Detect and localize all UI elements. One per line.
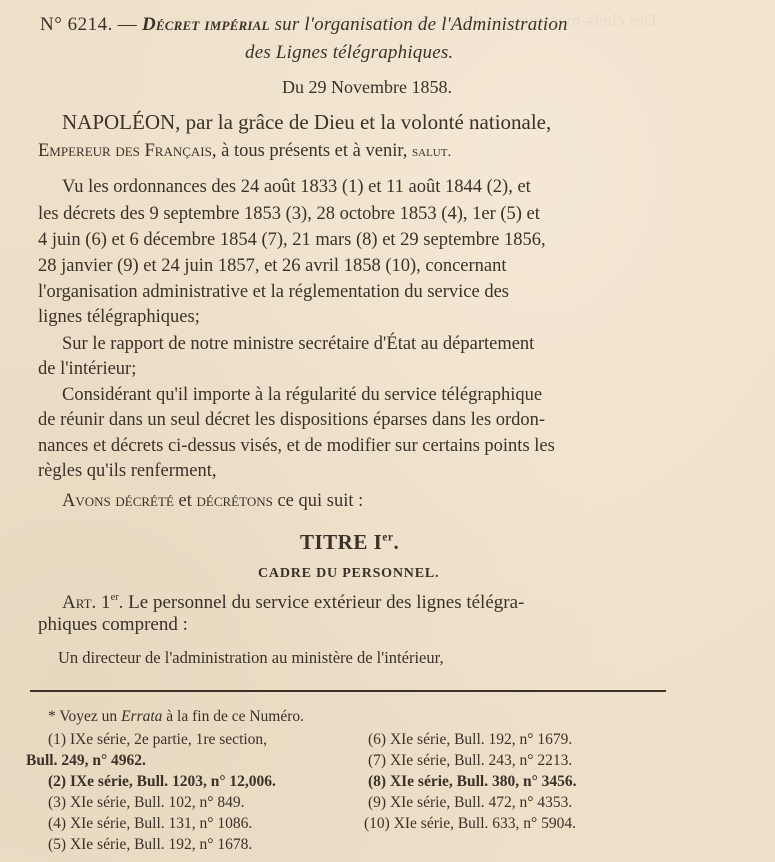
heading-dash: — <box>118 14 137 35</box>
decrete: décrété <box>115 491 174 511</box>
napoleon-name: NAPOLÉON, <box>62 110 180 134</box>
body-line: règles qu'ils renferment, <box>38 461 217 482</box>
decree-number: N° 6214. <box>40 14 113 35</box>
footnote-7: (7) XIe série, Bull. 243, n° 2213. <box>368 752 572 770</box>
titre-sup: er <box>382 531 393 543</box>
decree-date: Du 29 Novembre 1858. <box>282 77 452 98</box>
errata-italic: Errata <box>121 708 162 725</box>
body-line: Considérant qu'il importe à la régularit… <box>62 385 542 406</box>
article-label: Art. 1 <box>62 592 111 613</box>
footnote-9: (9) XIe série, Bull. 472, n° 4353. <box>368 794 572 812</box>
errata-post: à la fin de ce Numéro. <box>166 708 304 725</box>
emperor-text: à tous présents et à venir, <box>221 141 407 161</box>
body-line: 28 janvier (9) et 24 juin 1857, et 26 av… <box>38 256 507 277</box>
titre-subtitle: CADRE DU PERSONNEL. <box>258 566 439 582</box>
footnote-1: (1) IXe série, 2e partie, 1re section, <box>48 731 267 749</box>
enacting-clause: Avons décrété et décrétons ce qui suit : <box>62 491 363 512</box>
footnote-2: (2) IXe série, Bull. 1203, n° 12,006. <box>48 773 276 791</box>
body-line: lignes télégraphiques; <box>38 307 200 328</box>
article-1-line2: phiques comprend : <box>38 614 188 636</box>
decree-title: sur l'organisation de l'Administration <box>275 14 568 35</box>
emperor-title: Empereur des Français, <box>38 141 217 161</box>
body-line: de l'intérieur; <box>38 359 136 380</box>
decree-type: Décret impérial <box>142 14 270 35</box>
avons: Avons <box>62 491 111 511</box>
footnote-5: (5) XIe série, Bull. 192, n° 1678. <box>48 836 252 854</box>
body-line: nances et décrets ci-dessus visés, et de… <box>38 436 555 457</box>
document-page: Des chefs-mécaniciens, divisés en trois … <box>0 0 775 862</box>
footnote-3: (3) XIe série, Bull. 102, n° 849. <box>48 794 244 812</box>
decretons: décrétons <box>197 491 273 511</box>
body-line: les décrets des 9 septembre 1853 (3), 28… <box>38 204 540 225</box>
footnote-4: (4) XIe série, Bull. 131, n° 1086. <box>48 815 252 833</box>
errata-pre: * Voyez un <box>48 708 117 725</box>
napoleon-line: NAPOLÉON, par la grâce de Dieu et la vol… <box>62 110 551 135</box>
footnote-10: (10) XIe série, Bull. 633, n° 5904. <box>364 815 576 833</box>
napoleon-text: par la grâce de Dieu et la volonté natio… <box>186 110 552 134</box>
decree-heading-line2: des Lignes télégraphiques. <box>245 42 453 64</box>
footnote-1-cont: Bull. 249, n° 4962. <box>26 752 146 770</box>
footnote-separator <box>30 690 666 692</box>
article-1-item: Un directeur de l'administration au mini… <box>58 648 444 668</box>
body-line: l'organisation administrative et la régl… <box>38 282 509 303</box>
decree-heading-line1: N° 6214. — Décret impérial sur l'organis… <box>40 14 568 36</box>
emperor-line: Empereur des Français, à tous présents e… <box>38 141 451 162</box>
article-text: . Le personnel du service extérieur des … <box>119 592 525 613</box>
body-line: 4 juin (6) et 6 décembre 1854 (7), 21 ma… <box>38 230 546 251</box>
salut: salut. <box>412 144 451 160</box>
article-sup: er <box>111 592 119 603</box>
et: et <box>179 491 192 511</box>
footnote-6: (6) XIe série, Bull. 192, n° 1679. <box>368 731 572 749</box>
ce-qui-suit: ce qui suit : <box>277 491 363 511</box>
body-line: de réunir dans un seul décret les dispos… <box>38 410 545 431</box>
errata-note: * Voyez un Errata à la fin de ce Numéro. <box>48 708 304 726</box>
titre-label: TITRE I <box>300 530 382 554</box>
titre-heading: TITRE Ier. <box>300 530 399 555</box>
titre-suffix: . <box>394 530 400 554</box>
body-line: Vu les ordonnances des 24 août 1833 (1) … <box>62 177 531 198</box>
article-1-line1: Art. 1er. Le personnel du service extéri… <box>62 592 524 614</box>
footnote-8: (8) XIe série, Bull. 380, n° 3456. <box>368 773 577 791</box>
body-line: Sur le rapport de notre ministre secréta… <box>62 334 534 355</box>
